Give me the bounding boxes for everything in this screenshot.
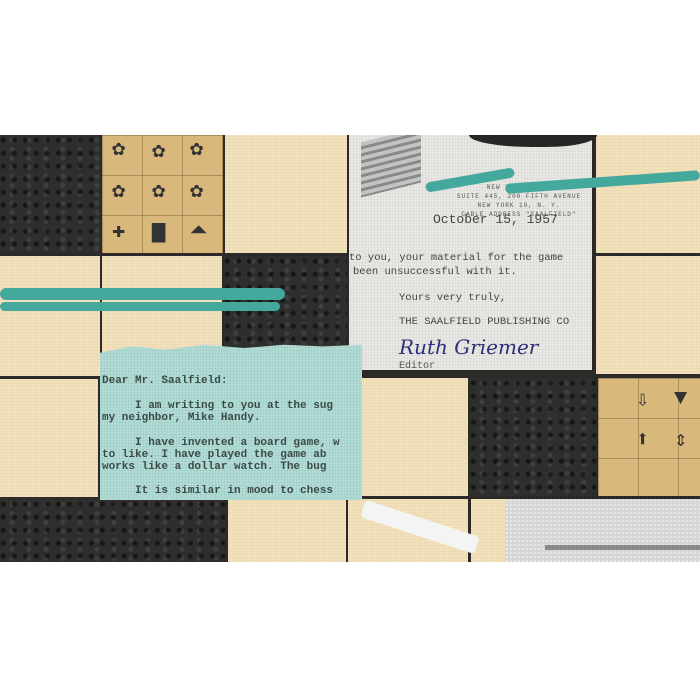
cone-piece-icon: ⏶ (190, 221, 208, 243)
black-tile (0, 135, 100, 253)
flower-sketch-icon: ✿ (112, 139, 125, 161)
ink-blot (469, 135, 597, 147)
building-illustration (361, 135, 421, 197)
flower-sketch-icon: ✿ (190, 139, 203, 161)
letter-salutation: Dear Mr. Saalfield: (102, 375, 227, 387)
cream-tile (350, 378, 468, 496)
flower-sketch-icon: ✿ (152, 181, 165, 203)
bar-piece-icon: ▆ (152, 221, 165, 243)
sketch-tile-arrows: ⇩ ▼ ⬆ ⇕ (598, 378, 700, 496)
cross-piece-icon: ✚ (112, 221, 125, 243)
sketch-tile-flowers: ✿ ✿ ✿ ✿ ✿ ✿ ✚ ▆ ⏶ (102, 135, 223, 253)
signature: Ruth Griemer (399, 335, 538, 359)
letter-closing: Yours very truly, (399, 292, 506, 304)
torn-gray-paper (505, 499, 700, 562)
reply-letter: NEW YORK SALES SUITE 445, 200 FIFTH AVEN… (347, 135, 594, 370)
signer-title: Editor (399, 361, 435, 372)
down-arrow-sketch-icon: ⇩ (636, 390, 649, 412)
teal-paint-stroke (0, 302, 280, 311)
letter-date: October 15, 1957 (433, 212, 558, 227)
black-tile (470, 378, 596, 496)
letter-line: works like a dollar watch. The bug (102, 461, 326, 473)
flower-sketch-icon: ✿ (190, 181, 203, 203)
cream-tile (228, 499, 346, 562)
letter-line: It is similar in mood to chess (102, 485, 333, 497)
letter-line: to like. I have played the game ab (102, 449, 326, 461)
letter-line: my neighbor, Mike Handy. (102, 412, 260, 424)
up-down-arrow-sketch-icon: ⇕ (674, 430, 687, 452)
black-tile (0, 499, 225, 562)
letter-line: I have invented a board game, w (102, 437, 340, 449)
inquiry-letter: Dear Mr. Saalfield: I am writing to you … (100, 340, 362, 500)
flower-sketch-icon: ✿ (112, 181, 125, 203)
cream-tile (225, 135, 347, 253)
cream-tile (0, 379, 98, 497)
collage-canvas: ✿ ✿ ✿ ✿ ✿ ✿ ✚ ▆ ⏶ ⇩ ▼ ⬆ ⇕ NEW YORK SALES… (0, 135, 700, 562)
letter-company: THE SAALFIELD PUBLISHING CO (399, 316, 569, 328)
letter-body-line: to you, your material for the game (349, 252, 563, 264)
cream-tile (596, 135, 700, 253)
flower-sketch-icon: ✿ (152, 141, 165, 163)
up-arrow-sketch-icon: ⬆ (636, 430, 649, 452)
letter-line: I am writing to you at the sug (102, 400, 333, 412)
cream-tile (0, 256, 100, 376)
down-triangle-sketch-icon: ▼ (674, 388, 687, 410)
letter-body-line: been unsuccessful with it. (353, 266, 517, 278)
pencil-sketch-line (545, 545, 700, 550)
teal-paint-stroke (0, 288, 285, 300)
cream-tile (596, 256, 700, 374)
